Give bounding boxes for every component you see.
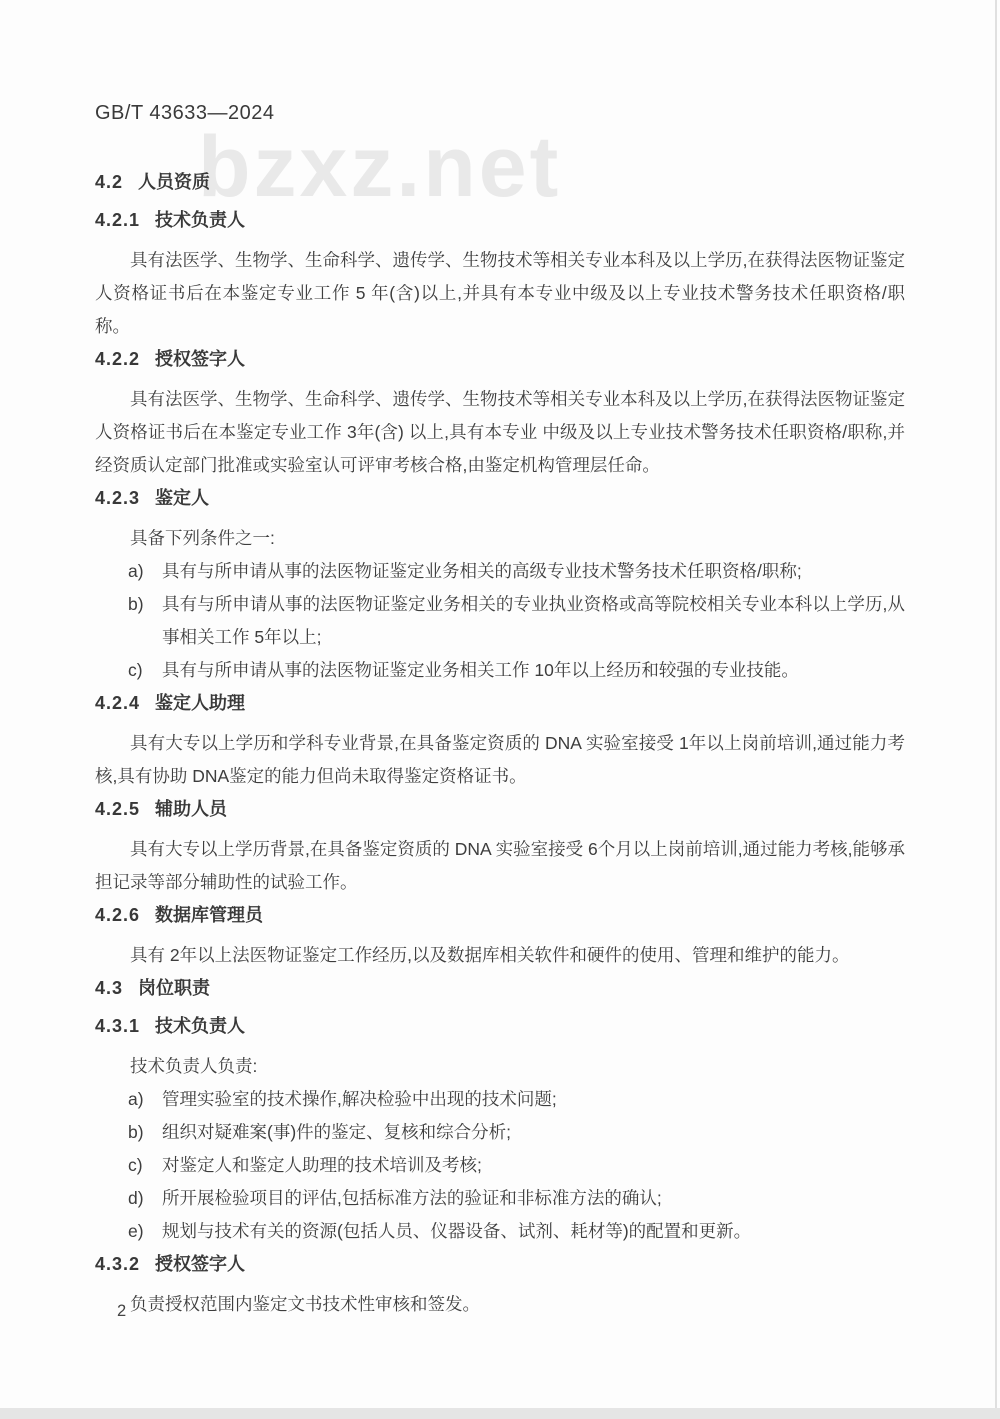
section-heading: 4.2.5辅助人员	[95, 797, 905, 821]
section-heading: 4.2.4鉴定人助理	[95, 691, 905, 715]
section-number: 4.2.2	[95, 349, 140, 369]
list-item-label: a)	[128, 555, 144, 588]
list-item: a)管理实验室的技术操作,解决检验中出现的技术问题;	[95, 1083, 905, 1116]
section-number: 4.3.1	[95, 1016, 140, 1036]
paragraph: 具有 2年以上法医物证鉴定工作经历,以及数据库相关软件和硬件的使用、管理和维护的…	[95, 939, 905, 972]
section-number: 4.2.3	[95, 488, 140, 508]
section-number: 4.3.2	[95, 1254, 140, 1274]
list-item: b)组织对疑难案(事)件的鉴定、复核和综合分析;	[95, 1116, 905, 1149]
standard-number: GB/T 43633—2024	[95, 100, 905, 126]
section-title: 人员资质	[138, 172, 210, 192]
list-item-label: b)	[128, 1116, 144, 1149]
list-item-label: c)	[128, 654, 143, 687]
list-item-text: 具有与所申请从事的法医物证鉴定业务相关的专业执业资格或高等院校相关专业本科以上学…	[162, 594, 905, 647]
section-heading: 4.3.2授权签字人	[95, 1252, 905, 1276]
section-title: 数据库管理员	[155, 905, 263, 925]
section-title: 鉴定人	[155, 488, 209, 508]
section-title: 岗位职责	[138, 978, 210, 998]
list-item-text: 规划与技术有关的资源(包括人员、仪器设备、试剂、耗材等)的配置和更新。	[162, 1221, 751, 1241]
lettered-list: a)管理实验室的技术操作,解决检验中出现的技术问题;b)组织对疑难案(事)件的鉴…	[95, 1083, 905, 1248]
lettered-list: a)具有与所申请从事的法医物证鉴定业务相关的高级专业技术警务技术任职资格/职称;…	[95, 555, 905, 687]
section-title: 辅助人员	[155, 799, 227, 819]
section-number: 4.2.6	[95, 905, 140, 925]
document-body: 4.2人员资质4.2.1技术负责人具有法医学、生物学、生命科学、遗传学、生物技术…	[95, 170, 905, 1321]
paragraph: 具有大专以上学历和学科专业背景,在具备鉴定资质的 DNA 实验室接受 1年以上岗…	[95, 727, 905, 793]
paragraph: 具有法医学、生物学、生命科学、遗传学、生物技术等相关专业本科及以上学历,在获得法…	[95, 383, 905, 482]
section-heading: 4.2.2授权签字人	[95, 347, 905, 371]
section-heading: 4.2.6数据库管理员	[95, 903, 905, 927]
section-title: 技术负责人	[155, 1016, 245, 1036]
section-heading: 4.2人员资质	[95, 170, 905, 194]
paragraph: 具有法医学、生物学、生命科学、遗传学、生物技术等相关专业本科及以上学历,在获得法…	[95, 244, 905, 343]
section-number: 4.2.4	[95, 693, 140, 713]
scan-edge-bottom	[0, 1408, 1000, 1419]
list-item: b)具有与所申请从事的法医物证鉴定业务相关的专业执业资格或高等院校相关专业本科以…	[95, 588, 905, 654]
list-item: d)所开展检验项目的评估,包括标准方法的验证和非标准方法的确认;	[95, 1182, 905, 1215]
section-title: 技术负责人	[155, 210, 245, 230]
list-item: c)对鉴定人和鉴定人助理的技术培训及考核;	[95, 1149, 905, 1182]
list-item: c)具有与所申请从事的法医物证鉴定业务相关工作 10年以上经历和较强的专业技能。	[95, 654, 905, 687]
section-number: 4.3	[95, 978, 123, 998]
lead-in: 技术负责人负责:	[95, 1050, 905, 1083]
list-item-label: b)	[128, 588, 144, 621]
list-item-text: 所开展检验项目的评估,包括标准方法的验证和非标准方法的确认;	[162, 1188, 662, 1208]
list-item-label: c)	[128, 1149, 143, 1182]
list-item-text: 具有与所申请从事的法医物证鉴定业务相关工作 10年以上经历和较强的专业技能。	[162, 660, 799, 680]
list-item: e)规划与技术有关的资源(包括人员、仪器设备、试剂、耗材等)的配置和更新。	[95, 1215, 905, 1248]
section-title: 授权签字人	[155, 349, 245, 369]
section-title: 鉴定人助理	[155, 693, 245, 713]
paragraph: 负责授权范围内鉴定文书技术性审核和签发。	[95, 1288, 905, 1321]
paragraph: 具有大专以上学历背景,在具备鉴定资质的 DNA 实验室接受 6个月以上岗前培训,…	[95, 833, 905, 899]
page-content: GB/T 43633—2024 4.2人员资质4.2.1技术负责人具有法医学、生…	[0, 0, 1000, 1321]
section-number: 4.2.1	[95, 210, 140, 230]
list-item-text: 具有与所申请从事的法医物证鉴定业务相关的高级专业技术警务技术任职资格/职称;	[162, 561, 802, 581]
lead-in: 具备下列条件之一:	[95, 522, 905, 555]
section-heading: 4.2.1技术负责人	[95, 208, 905, 232]
list-item-label: d)	[128, 1182, 144, 1215]
section-number: 4.2.5	[95, 799, 140, 819]
section-heading: 4.3.1技术负责人	[95, 1014, 905, 1038]
list-item-text: 对鉴定人和鉴定人助理的技术培训及考核;	[162, 1155, 482, 1175]
document-page: bzxz.net GB/T 43633—2024 4.2人员资质4.2.1技术负…	[0, 0, 1000, 1419]
scan-edge-right	[995, 0, 997, 1419]
list-item-text: 管理实验室的技术操作,解决检验中出现的技术问题;	[162, 1089, 557, 1109]
list-item-label: e)	[128, 1215, 144, 1248]
list-item-text: 组织对疑难案(事)件的鉴定、复核和综合分析;	[162, 1122, 511, 1142]
section-title: 授权签字人	[155, 1254, 245, 1274]
list-item-label: a)	[128, 1083, 144, 1116]
section-heading: 4.3岗位职责	[95, 976, 905, 1000]
list-item: a)具有与所申请从事的法医物证鉴定业务相关的高级专业技术警务技术任职资格/职称;	[95, 555, 905, 588]
section-heading: 4.2.3鉴定人	[95, 486, 905, 510]
section-number: 4.2	[95, 172, 123, 192]
page-number: 2	[117, 1302, 126, 1321]
